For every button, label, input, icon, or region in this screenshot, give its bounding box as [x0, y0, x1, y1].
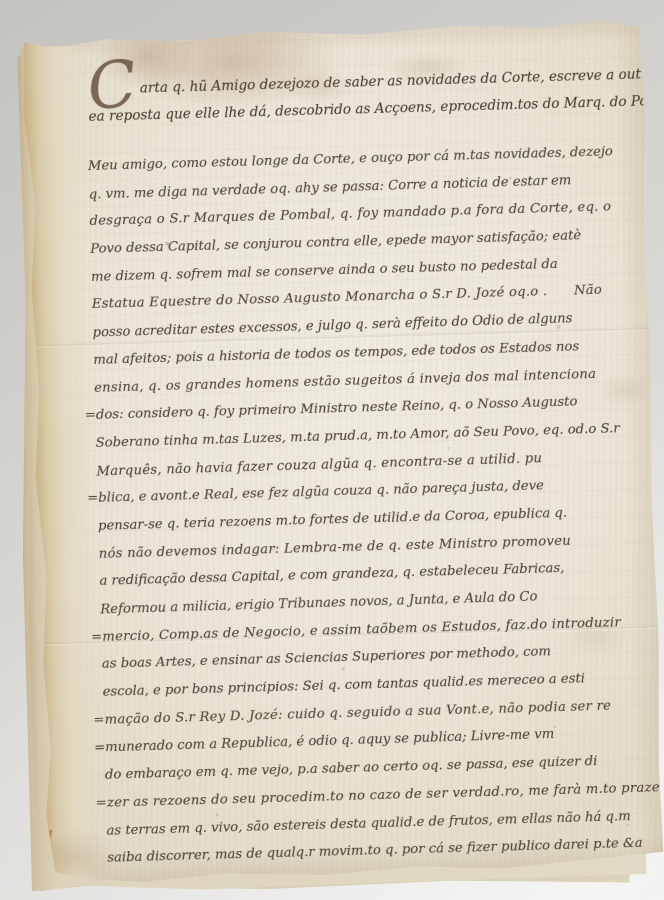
photo-backdrop: C arta q. hũ Amigo dezejozo de saber as … [0, 0, 664, 900]
foxing-specks [18, 35, 20, 37]
illuminated-initial: C [84, 52, 140, 121]
manuscript-text: C arta q. hũ Amigo dezejozo de saber as … [85, 62, 655, 873]
manuscript-body: Meu amigo, como estou longe da Corte, e … [88, 138, 656, 873]
manuscript-page: C arta q. hũ Amigo dezejozo de saber as … [18, 17, 664, 884]
manuscript-heading: C arta q. hũ Amigo dezejozo de saber as … [85, 62, 634, 131]
